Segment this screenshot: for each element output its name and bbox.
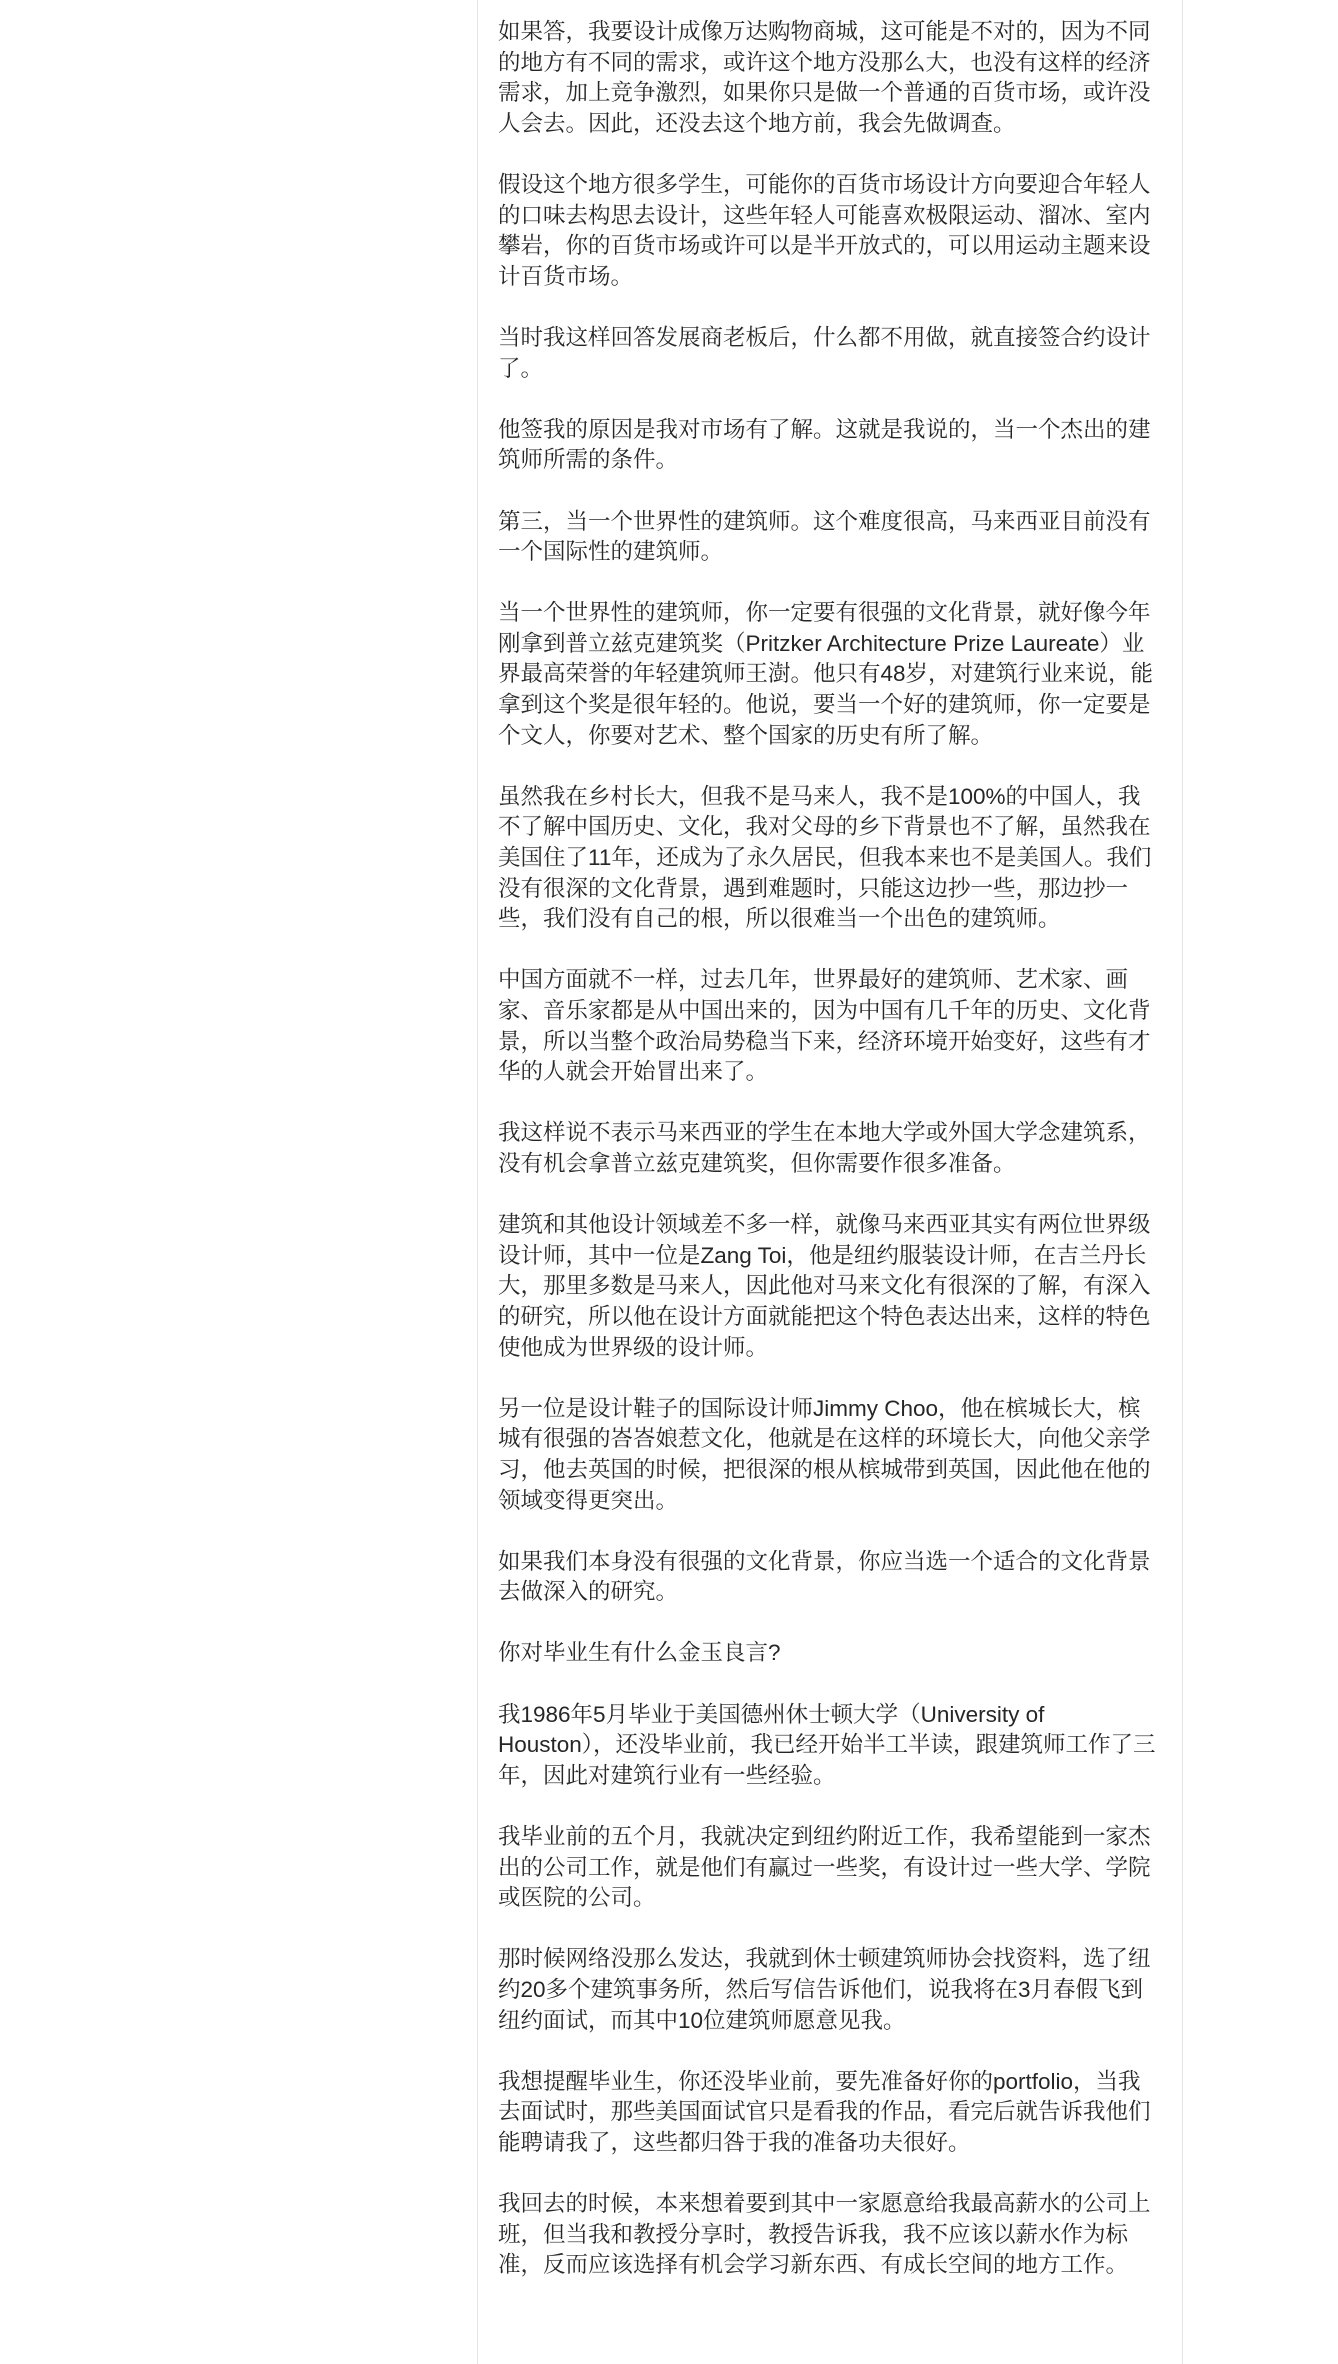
paragraph: 另一位是设计鞋子的国际设计师Jimmy Choo，他在槟城长大，槟城有很强的峇峇… — [498, 1394, 1162, 1516]
paragraph: 虽然我在乡村长大，但我不是马来人，我不是100%的中国人，我不了解中国历史、文化… — [498, 782, 1162, 935]
paragraph: 我回去的时候，本来想着要到其中一家愿意给我最高薪水的公司上班，但当我和教授分享时… — [498, 2189, 1162, 2281]
paragraph: 建筑和其他设计领域差不多一样，就像马来西亚其实有两位世界级设计师，其中一位是Za… — [498, 1210, 1162, 1363]
paragraph: 我想提醒毕业生，你还没毕业前，要先准备好你的portfolio，当我去面试时，那… — [498, 2067, 1162, 2159]
paragraph: 我1986年5月毕业于美国德州休士顿大学（University of Houst… — [498, 1700, 1162, 1792]
paragraph: 我这样说不表示马来西亚的学生在本地大学或外国大学念建筑系，没有机会拿普立兹克建筑… — [498, 1118, 1162, 1179]
paragraph: 当一个世界性的建筑师，你一定要有很强的文化背景，就好像今年刚拿到普立兹克建筑奖（… — [498, 598, 1162, 751]
paragraph: 他签我的原因是我对市场有了解。这就是我说的，当一个杰出的建筑师所需的条件。 — [498, 415, 1162, 476]
paragraph-question: 你对毕业生有什么金玉良言? — [498, 1638, 1162, 1669]
paragraph: 如果答，我要设计成像万达购物商城，这可能是不对的，因为不同的地方有不同的需求，或… — [498, 17, 1162, 139]
paragraph: 中国方面就不一样，过去几年，世界最好的建筑师、艺术家、画家、音乐家都是从中国出来… — [498, 965, 1162, 1087]
paragraph: 当时我这样回答发展商老板后，什么都不用做，就直接签合约设计了。 — [498, 323, 1162, 384]
paragraph: 那时候网络没那么发达，我就到休士顿建筑师协会找资料，选了纽约20多个建筑事务所，… — [498, 1944, 1162, 2036]
paragraph: 如果我们本身没有很强的文化背景，你应当选一个适合的文化背景去做深入的研究。 — [498, 1547, 1162, 1608]
paragraph: 我毕业前的五个月，我就决定到纽约附近工作，我希望能到一家杰出的公司工作，就是他们… — [498, 1822, 1162, 1914]
article-column: 如果答，我要设计成像万达购物商城，这可能是不对的，因为不同的地方有不同的需求，或… — [477, 0, 1183, 2364]
paragraph: 假设这个地方很多学生，可能你的百货市场设计方向要迎合年轻人的口味去构思去设计，这… — [498, 170, 1162, 292]
page-background: 如果答，我要设计成像万达购物商城，这可能是不对的，因为不同的地方有不同的需求，或… — [0, 0, 1338, 2364]
paragraph: 第三，当一个世界性的建筑师。这个难度很高，马来西亚目前没有一个国际性的建筑师。 — [498, 507, 1162, 568]
